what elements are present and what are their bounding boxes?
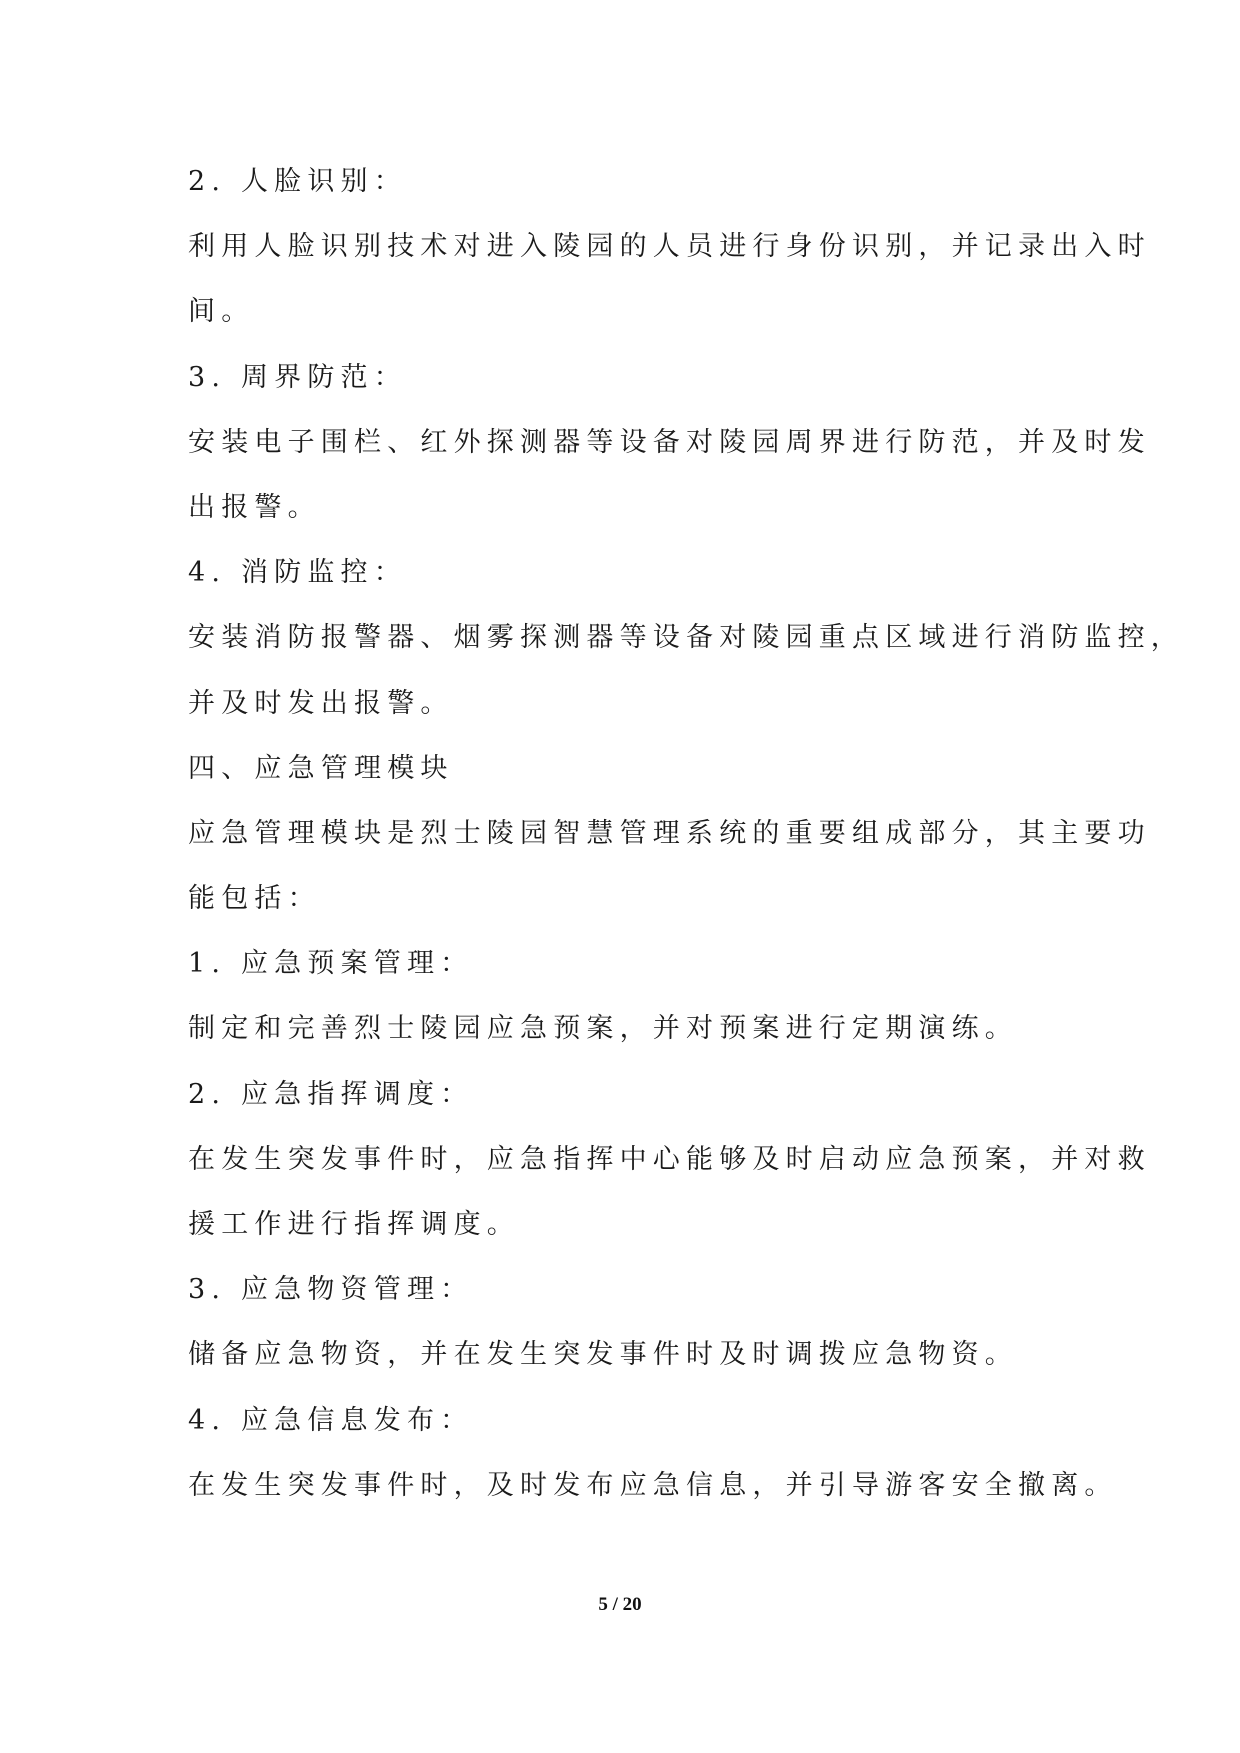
paragraph-line: 出报警。	[188, 482, 1068, 547]
paragraph-line: 应急管理模块是烈士陵园智慧管理系统的重要组成部分，其主要功	[188, 808, 1068, 873]
list-item-heading: 3. 应急物资管理：	[188, 1264, 1068, 1329]
paragraph-line: 在发生突发事件时，应急指挥中心能够及时启动应急预案，并对救	[188, 1134, 1068, 1199]
paragraph-line: 安装消防报警器、烟雾探测器等设备对陵园重点区域进行消防监控，	[188, 612, 1068, 677]
paragraph-line: 能包括：	[188, 873, 1068, 938]
paragraph-line: 利用人脸识别技术对进入陵园的人员进行身份识别，并记录出入时	[188, 221, 1068, 286]
paragraph-line: 援工作进行指挥调度。	[188, 1199, 1068, 1264]
list-item-heading: 2. 人脸识别：	[188, 156, 1068, 221]
list-item-heading: 1. 应急预案管理：	[188, 938, 1068, 1003]
paragraph-line: 制定和完善烈士陵园应急预案，并对预案进行定期演练。	[188, 1003, 1068, 1068]
section-heading: 四、应急管理模块	[188, 743, 1068, 808]
document-page: 2. 人脸识别： 利用人脸识别技术对进入陵园的人员进行身份识别，并记录出入时 间…	[0, 0, 1240, 1753]
paragraph-line: 并及时发出报警。	[188, 678, 1068, 743]
page-number: 5 / 20	[0, 1594, 1240, 1616]
list-item-heading: 3. 周界防范：	[188, 352, 1068, 417]
paragraph-line: 间。	[188, 286, 1068, 351]
paragraph-line: 安装电子围栏、红外探测器等设备对陵园周界进行防范，并及时发	[188, 417, 1068, 482]
paragraph-line: 在发生突发事件时，及时发布应急信息，并引导游客安全撤离。	[188, 1460, 1068, 1525]
list-item-heading: 4. 应急信息发布：	[188, 1395, 1068, 1460]
document-body: 2. 人脸识别： 利用人脸识别技术对进入陵园的人员进行身份识别，并记录出入时 间…	[188, 156, 1068, 1525]
paragraph-line: 储备应急物资，并在发生突发事件时及时调拨应急物资。	[188, 1329, 1068, 1394]
list-item-heading: 4. 消防监控：	[188, 547, 1068, 612]
list-item-heading: 2. 应急指挥调度：	[188, 1069, 1068, 1134]
